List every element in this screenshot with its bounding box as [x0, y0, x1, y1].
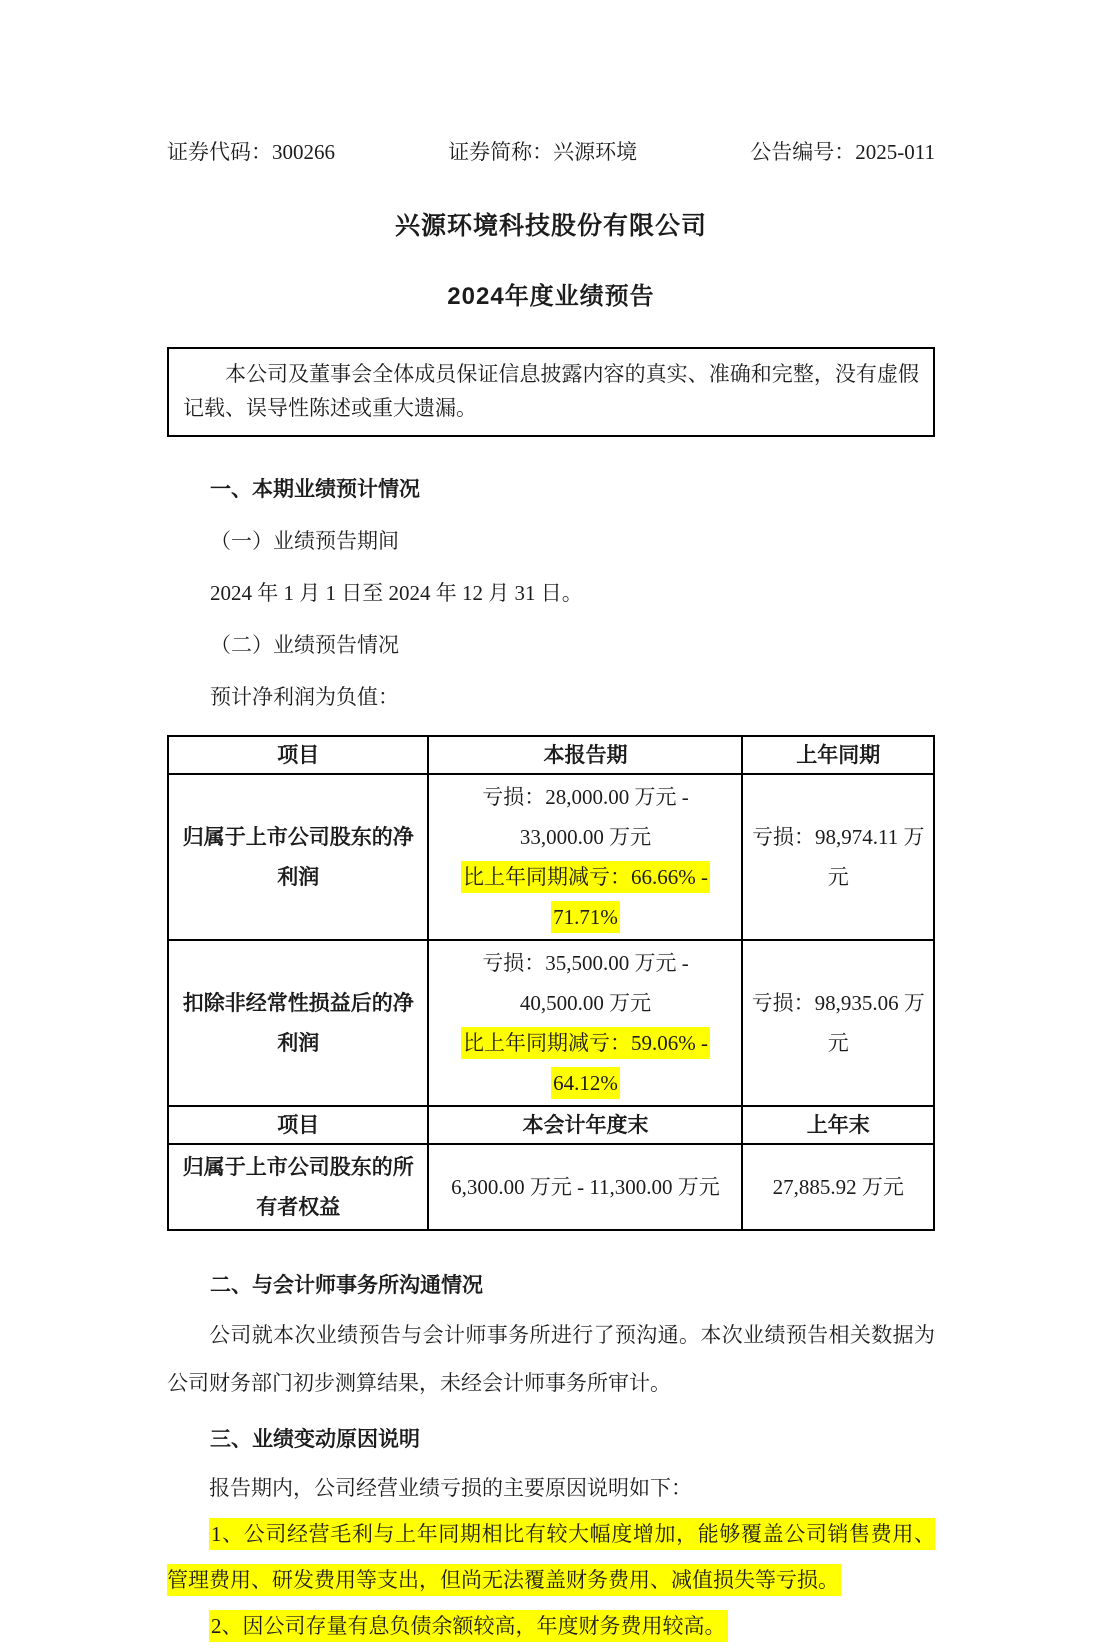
- row3-current-value: 6,300.00 万元 - 11,300.00 万元: [428, 1144, 742, 1230]
- row2-highlight-line2: 64.12%: [551, 1067, 620, 1099]
- row1-prior-value: 亏损：98,974.11 万元: [742, 774, 934, 940]
- document-title: 2024年度业绩预告: [167, 276, 935, 311]
- section1-sub1: （一）业绩预告期间: [167, 515, 935, 567]
- section3-heading: 三、业绩变动原因说明: [167, 1413, 935, 1465]
- company-title: 兴源环境科技股份有限公司: [167, 206, 935, 242]
- section2-heading: 二、与会计师事务所沟通情况: [167, 1259, 935, 1311]
- disclaimer-box: 本公司及董事会全体成员保证信息披露内容的真实、准确和完整，没有虚假记载、误导性陈…: [167, 347, 935, 437]
- row3-prior-value: 27,885.92 万元: [742, 1144, 934, 1230]
- stock-code: 证券代码：300266: [167, 140, 335, 164]
- row3-item-label: 归属于上市公司股东的所有者权益: [168, 1144, 428, 1230]
- header-item: 项目: [168, 736, 428, 774]
- disclaimer-text: 本公司及董事会全体成员保证信息披露内容的真实、准确和完整，没有虚假记载、误导性陈…: [183, 357, 919, 425]
- section3-body: 报告期内，公司经营业绩亏损的主要原因说明如下： 1、公司经营毛利与上年同期相比有…: [167, 1465, 935, 1649]
- document-meta-header: 证券代码：300266 证券简称：兴源环境 公告编号：2025-011: [167, 140, 935, 164]
- row1-highlight-line1: 比上年同期减亏：66.66% -: [461, 861, 710, 893]
- table-row-net-profit-excl: 扣除非经常性损益后的净利润 亏损：35,500.00 万元 - 40,500.0…: [168, 940, 934, 1106]
- reason-2-paragraph: 2、因公司存量有息负债余额较高，年度财务费用较高。: [167, 1603, 935, 1649]
- table-row-equity: 归属于上市公司股东的所有者权益 6,300.00 万元 - 11,300.00 …: [168, 1144, 934, 1230]
- row2-prior-value: 亏损：98,935.06 万元: [742, 940, 934, 1106]
- row2-current-line2: 40,500.00 万元: [435, 983, 735, 1023]
- header-prior-period: 上年同期: [742, 736, 934, 774]
- table-header-row-2: 项目 本会计年度末 上年末: [168, 1106, 934, 1144]
- header2-item: 项目: [168, 1106, 428, 1144]
- row2-current-value: 亏损：35,500.00 万元 - 40,500.00 万元 比上年同期减亏：5…: [428, 940, 742, 1106]
- header-current-period: 本报告期: [428, 736, 742, 774]
- row1-highlight-line2: 71.71%: [551, 901, 620, 933]
- reason-2-highlight: 2、因公司存量有息负债余额较高，年度财务费用较高。: [209, 1610, 728, 1642]
- announcement-number: 公告编号：2025-011: [750, 140, 935, 164]
- section2-paragraph: 公司就本次业绩预告与会计师事务所进行了预沟通。本次业绩预告相关数据为公司财务部门…: [167, 1311, 935, 1407]
- reason-1-paragraph: 1、公司经营毛利与上年同期相比有较大幅度增加，能够覆盖公司销售费用、管理费用、研…: [167, 1511, 935, 1603]
- net-profit-note: 预计净利润为负值：: [167, 671, 935, 723]
- section3-intro: 报告期内，公司经营业绩亏损的主要原因说明如下：: [167, 1465, 935, 1511]
- row2-highlight-line1: 比上年同期减亏：59.06% -: [461, 1027, 710, 1059]
- table-header-row-1: 项目 本报告期 上年同期: [168, 736, 934, 774]
- row2-item-label: 扣除非经常性损益后的净利润: [168, 940, 428, 1106]
- header2-year-end: 本会计年度末: [428, 1106, 742, 1144]
- row1-current-value: 亏损：28,000.00 万元 - 33,000.00 万元 比上年同期减亏：6…: [428, 774, 742, 940]
- stock-abbr: 证券简称：兴源环境: [448, 140, 637, 164]
- section1-heading: 一、本期业绩预计情况: [167, 463, 935, 515]
- table-row-net-profit: 归属于上市公司股东的净利润 亏损：28,000.00 万元 - 33,000.0…: [168, 774, 934, 940]
- row2-current-line1: 亏损：35,500.00 万元 -: [435, 943, 735, 983]
- row1-current-line1: 亏损：28,000.00 万元 -: [435, 777, 735, 817]
- row1-item-label: 归属于上市公司股东的净利润: [168, 774, 428, 940]
- section1-sub2: （二）业绩预告情况: [167, 619, 935, 671]
- forecast-period: 2024 年 1 月 1 日至 2024 年 12 月 31 日。: [167, 567, 935, 619]
- header2-prior-year-end: 上年末: [742, 1106, 934, 1144]
- announcement-page: 证券代码：300266 证券简称：兴源环境 公告编号：2025-011 兴源环境…: [0, 0, 1102, 1649]
- reason-1-highlight: 1、公司经营毛利与上年同期相比有较大幅度增加，能够覆盖公司销售费用、管理费用、研…: [167, 1518, 935, 1596]
- performance-forecast-table: 项目 本报告期 上年同期 归属于上市公司股东的净利润 亏损：28,000.00 …: [167, 735, 935, 1231]
- row1-current-line2: 33,000.00 万元: [435, 817, 735, 857]
